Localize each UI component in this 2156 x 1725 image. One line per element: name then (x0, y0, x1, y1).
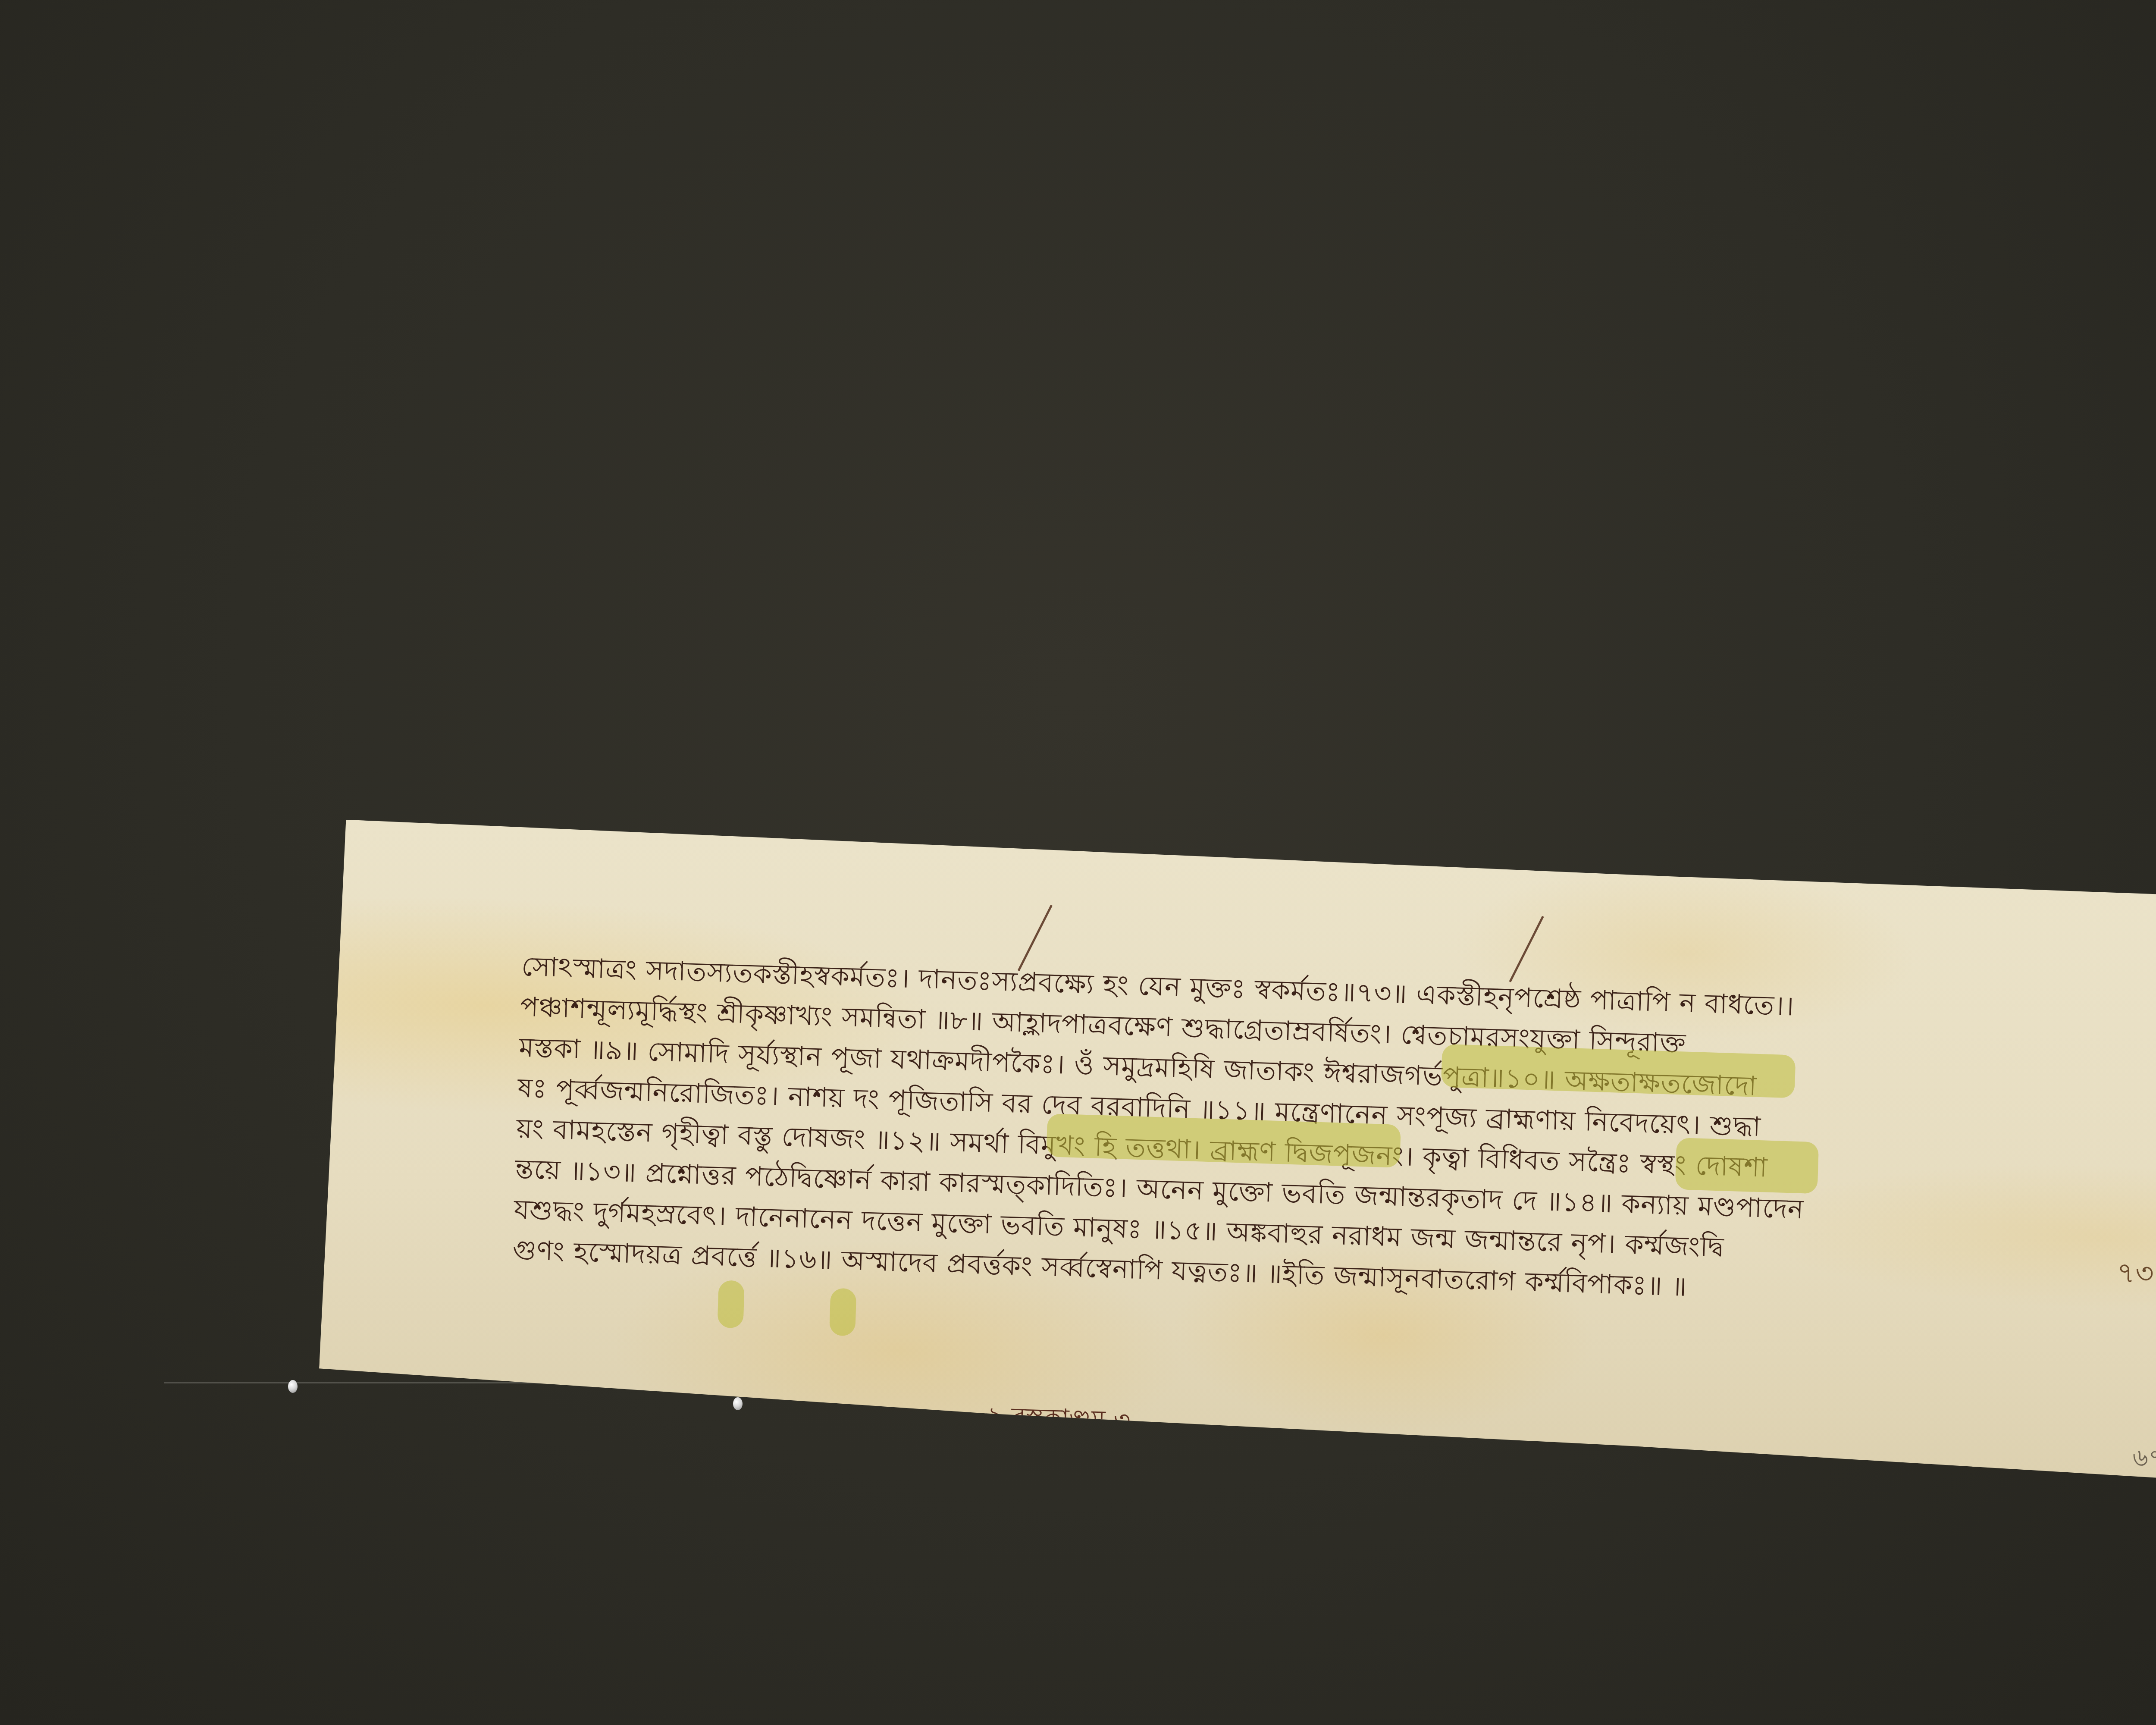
highlight-mark (829, 1288, 856, 1336)
highlight-mark (717, 1280, 744, 1328)
colophon-line: ২ বস্ত্রকাণ্ডম্ ৩ (986, 1396, 1131, 1444)
ink-blot (573, 1452, 584, 1471)
manuscript-leaf: সোঽস্মাত্রং সদাতস্যতকস্তীহস্বকর্মতঃ। দান… (317, 819, 2156, 1483)
mounting-pin (733, 1397, 743, 1410)
accession-number: ৬৭১৪ (2132, 1439, 2156, 1482)
marginal-stroke (1509, 916, 1544, 982)
margin-note: ৭৩ কর্মাদি (2116, 1251, 2156, 1302)
marginal-stroke (1018, 905, 1053, 971)
colophon-mark: ক্যঃ (825, 1430, 865, 1474)
highlight-mark (1675, 1138, 1819, 1194)
mounting-pin (288, 1380, 298, 1393)
